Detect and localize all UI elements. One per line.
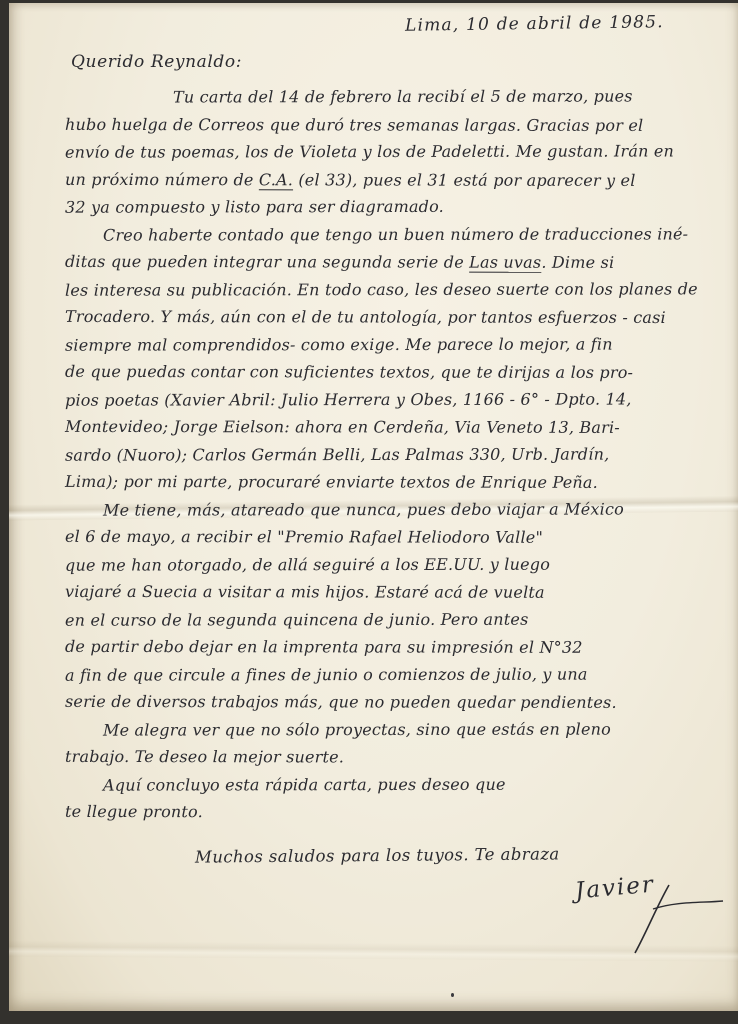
letter-line: ditas que pueden integrar una segunda se… [65,248,733,277]
letter-line: Tu carta del 14 de febrero la recibí el … [65,82,733,111]
letter-line: Aquí concluyo esta rápida carta, pues de… [65,770,733,799]
letter-line: que me han otorgado, de allá seguiré a l… [65,550,733,579]
letter-line: de que puedas contar con suficientes tex… [65,358,733,387]
letter-paragraph: Me alegra ver que no sólo proyectas, sin… [65,716,733,771]
letter-closing: Muchos saludos para los tuyos. Te abraza [195,844,560,866]
letter-line: en el curso de la segunda quincena de ju… [65,605,733,634]
letter-line: pios poetas (Xavier Abril: Julio Herrera… [65,385,733,414]
letter-paragraph: Creo haberte contado que tengo un buen n… [65,221,733,496]
letter-paragraph: Aquí concluyo esta rápida carta, pues de… [65,771,733,826]
letter-line: hubo huelga de Correos que duró tres sem… [65,110,733,139]
scanned-letter: Lima, 10 de abril de 1985. Querido Reyna… [0,0,738,1024]
ink-speck [451,993,454,997]
letter-line: Me tiene, más, atareado que nunca, pues … [65,495,733,524]
letter-line: Creo haberte contado que tengo un buen n… [65,220,733,249]
letter-paragraph: Tu carta del 14 de febrero la recibí el … [65,83,733,221]
letter-line: un próximo número de C.A. (el 33), pues … [65,165,733,194]
letter-line: 32 ya compuesto y listo para ser diagram… [65,192,733,221]
letter-line: Me alegra ver que no sólo proyectas, sin… [65,715,733,744]
letter-salutation: Querido Reynaldo: [71,52,242,72]
letter-line: Montevideo; Jorge Eielson: ahora en Cerd… [65,413,733,442]
letter-page: Lima, 10 de abril de 1985. Querido Reyna… [9,3,738,1011]
letter-line: les interesa su publicación. En todo cas… [65,275,733,304]
letter-line: envío de tus poemas, los de Violeta y lo… [65,137,733,166]
letter-line: Lima); por mi parte, procuraré enviarte … [65,468,733,497]
fold-crease [9,940,738,961]
letter-signature: Javier [574,872,656,905]
letter-date: Lima, 10 de abril de 1985. [405,12,664,36]
letter-line: te llegue pronto. [65,798,733,827]
letter-line: a fin de que circule a fines de junio o … [65,660,733,689]
letter-paragraph: Me tiene, más, atareado que nunca, pues … [65,496,733,716]
letter-line: de partir debo dejar en la imprenta para… [65,633,733,662]
letter-body: Tu carta del 14 de febrero la recibí el … [65,83,733,826]
letter-line: trabajo. Te deseo la mejor suerte. [65,743,733,772]
letter-line: sardo (Nuoro); Carlos Germán Belli, Las … [65,440,733,469]
letter-line: viajaré a Suecia a visitar a mis hijos. … [65,578,733,607]
letter-line: el 6 de mayo, a recibir el "Premio Rafae… [65,523,733,552]
letter-line: siempre mal comprendidos- como exige. Me… [65,330,733,359]
letter-line: serie de diversos trabajos más, que no p… [65,688,733,717]
letter-line: Trocadero. Y más, aún con el de tu antol… [65,303,733,332]
